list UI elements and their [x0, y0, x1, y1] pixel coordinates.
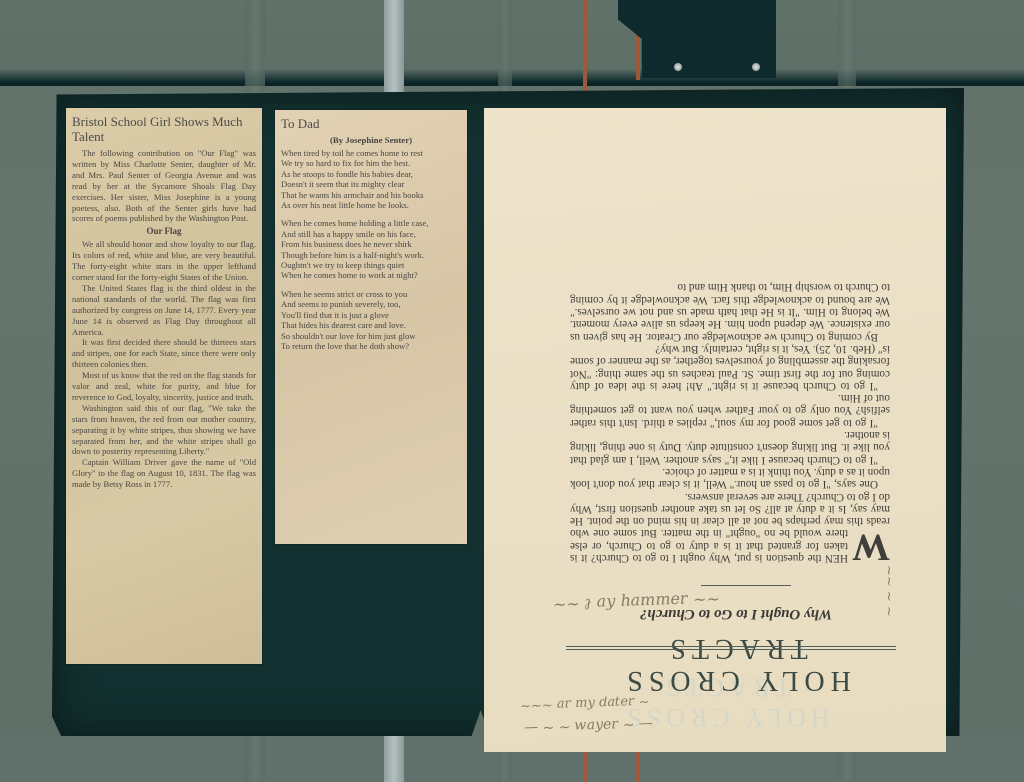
scanner-top-band	[0, 0, 1024, 86]
tract-paragraph: "I go to get some good for my soul," rep…	[570, 392, 890, 429]
poem-line: As over his neat little home he looks.	[281, 200, 461, 210]
poem-line: So shouldn't our love for him just glow	[281, 331, 461, 341]
poem-line: Doesn't it seem that its mighty clear	[281, 179, 461, 189]
handwritten-note: ~~ ~ ~	[881, 565, 896, 617]
clipping-paragraph: It was first decided there should be thi…	[72, 337, 256, 370]
newspaper-clipping-poem: To Dad (By Josephine Senter) When tired …	[275, 110, 467, 544]
clipping-body: The following contribution on "Our Flag"…	[72, 148, 256, 490]
poem-line: Though before him is a half-night's work…	[281, 250, 461, 260]
clipping-headline: Bristol School Girl Shows Much Talent	[72, 114, 256, 144]
screw-icon	[752, 63, 760, 71]
poem-line: When tired by toil he comes home to rest	[281, 148, 461, 158]
tract-rotated-content: HOLY CROSS TRACTS HOLY CROSS TRACTS Why …	[484, 108, 946, 752]
tract-paragraph: "I go to Church because it is right." Ah…	[570, 343, 890, 392]
tract-paragraph: One says, "I go to pass an hour." Well, …	[570, 466, 890, 491]
tract-paragraph: HEN the question is put, Why ought I to …	[570, 491, 890, 564]
clipping-paragraph: Captain William Driver gave the name of …	[72, 457, 256, 490]
poem-line: You'll find that it is just a glove	[281, 310, 461, 320]
clipping-subhead: Our Flag	[72, 226, 256, 237]
clipping-paragraph: We all should honor and show loyalty to …	[72, 239, 256, 283]
poem-line: That hides his dearest care and love.	[281, 320, 461, 330]
poem-line: And still has a happy smile on his face,	[281, 229, 461, 239]
tract-divider	[566, 646, 896, 650]
clipping-paragraph: Washington said this of our flag, "We ta…	[72, 403, 256, 458]
poem-line: From his business does he never shirk	[281, 239, 461, 249]
poem-line: When he comes home holding a little case…	[281, 218, 461, 228]
poem-body: When tired by toil he comes home to rest…	[281, 148, 461, 351]
tract-series-title: HOLY CROSS TRACTS	[566, 632, 906, 696]
poem-line: We try so hard to fix for him the best.	[281, 158, 461, 168]
tract-paragraph: By coming to Church we acknowledge our C…	[570, 281, 890, 342]
poem-line: And seems to punish severely, too,	[281, 299, 461, 309]
tract-divider-short	[701, 585, 791, 586]
poem-line: To return the love that he doth show?	[281, 341, 461, 351]
tract-drop-cap: W	[852, 532, 890, 562]
poem-line: When he seems strict or cross to you	[281, 289, 461, 299]
poem-line: When he comes home to work at night?	[281, 270, 461, 280]
poem-line: As he stoops to fondle his babies dear,	[281, 169, 461, 179]
clipping-paragraph: Most of us know that the red on the flag…	[72, 370, 256, 403]
clipping-intro: The following contribution on "Our Flag"…	[72, 148, 256, 224]
newspaper-clipping-flag: Bristol School Girl Shows Much Talent Th…	[66, 108, 262, 664]
screw-icon	[674, 63, 682, 71]
poem-line: Oughtn't we try to keep things quiet	[281, 260, 461, 270]
poem-byline: (By Josephine Senter)	[275, 135, 467, 145]
clipping-paragraph: The United States flag is the third olde…	[72, 283, 256, 338]
tract-paragraph: "I go to Church because I like it," says…	[570, 429, 890, 466]
tract-body: WHEN the question is put, Why ought I to…	[570, 281, 890, 564]
poem-title: To Dad	[281, 116, 461, 131]
church-tract: HOLY CROSS TRACTS HOLY CROSS TRACTS Why …	[484, 108, 946, 752]
poem-line: That he wants his armchair and his books	[281, 190, 461, 200]
